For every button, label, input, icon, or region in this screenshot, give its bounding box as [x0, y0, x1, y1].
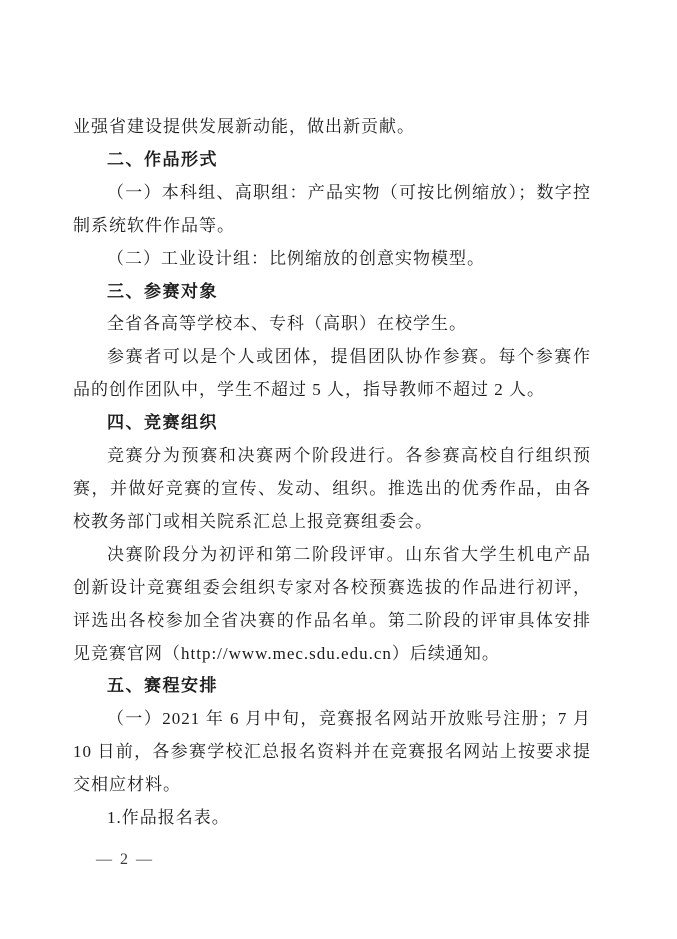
section-heading-organization: 四、竞赛组织 — [73, 407, 591, 440]
continuation-paragraph: 业强省建设提供发展新动能，做出新贡献。 — [73, 111, 591, 144]
paragraph-work-format-item-1: （一）本科组、高职组：产品实物（可按比例缩放）；数字控制系统软件作品等。 — [73, 177, 591, 243]
paragraph-registration-form: 1.作品报名表。 — [73, 802, 591, 835]
paragraph-organization-final: 决赛阶段分为初评和第二阶段评审。山东省大学生机电产品创新设计竞赛组委会组织专家对… — [73, 539, 591, 671]
page-number: — 2 — — [96, 851, 154, 869]
document-page: 业强省建设提供发展新动能，做出新贡献。 二、作品形式 （一）本科组、高职组：产品… — [0, 0, 677, 939]
section-heading-work-format: 二、作品形式 — [73, 144, 591, 177]
paragraph-participants-scope: 全省各高等学校本、专科（高职）在校学生。 — [73, 308, 591, 341]
paragraph-schedule-item-1: （一）2021 年 6 月中旬，竞赛报名网站开放账号注册；7 月 10 日前，各… — [73, 703, 591, 802]
document-body: 业强省建设提供发展新动能，做出新贡献。 二、作品形式 （一）本科组、高职组：产品… — [73, 111, 591, 835]
paragraph-participants-teams: 参赛者可以是个人或团体，提倡团队协作参赛。每个参赛作品的创作团队中，学生不超过 … — [73, 341, 591, 407]
section-heading-participants: 三、参赛对象 — [73, 276, 591, 309]
paragraph-organization-stages: 竞赛分为预赛和决赛两个阶段进行。各参赛高校自行组织预赛，并做好竞赛的宣传、发动、… — [73, 440, 591, 539]
section-heading-schedule: 五、赛程安排 — [73, 670, 591, 703]
paragraph-work-format-item-2: （二）工业设计组：比例缩放的创意实物模型。 — [73, 243, 591, 276]
